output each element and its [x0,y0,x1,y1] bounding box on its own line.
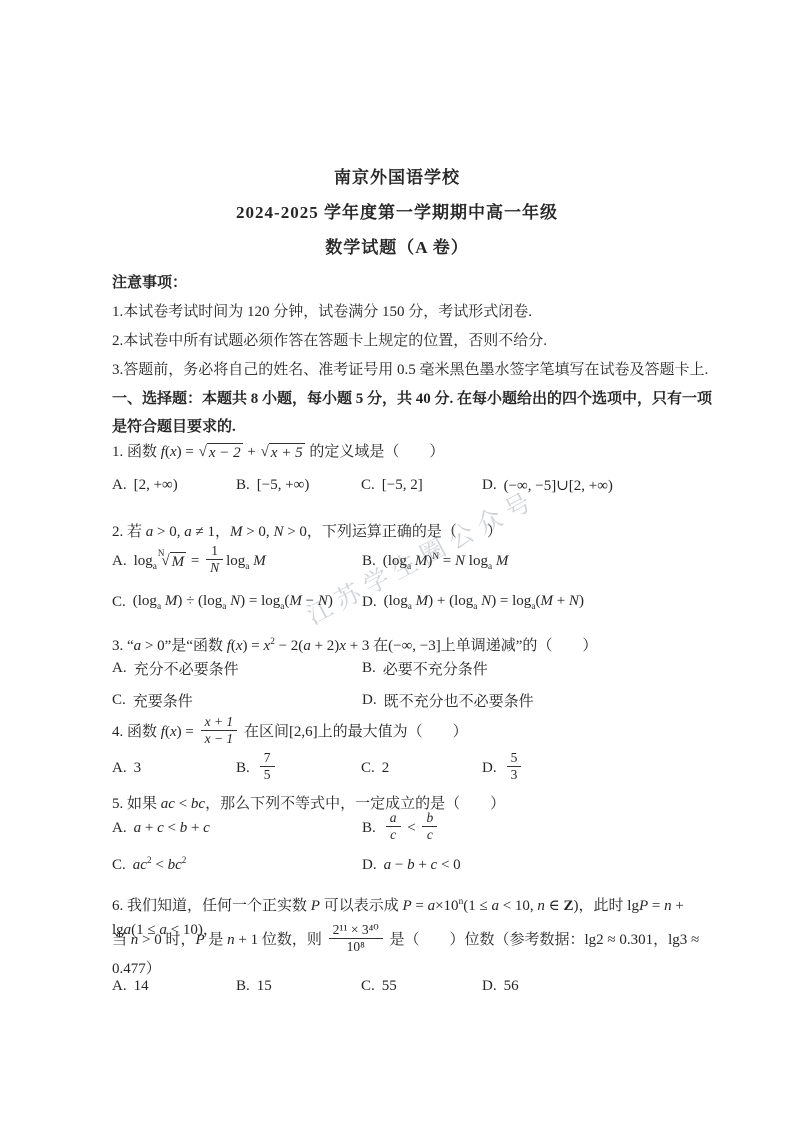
option-label: D. [482,477,497,494]
option-content: 53 [504,752,525,785]
question-1-text: 1. 函数 f(x) = √x − 2 + √x + 5 的定义域是（ ） [112,444,444,460]
option-content: [−5, 2] [382,477,423,494]
option-content: logaN√M = 1Nloga M [134,545,266,578]
q4-option-a: A.3 [112,760,236,777]
question-3-options-row-1: A.充分不必要条件 B.必要不充分条件 [112,658,712,679]
option-content: (−∞, −5]∪[2, +∞) [504,476,613,495]
option-label: B. [236,760,250,777]
question-6-stem-line-2: 当 n > 0 时，P 是 n + 1 位数，则 2¹¹ × 3⁴⁰10⁸ 是（… [112,924,712,981]
option-content: (loga M)N = N loga M [383,552,509,572]
q6-option-a: A.14 [112,978,236,995]
option-content: [−5, +∞) [257,477,310,494]
option-label: C. [361,477,375,494]
option-label: B. [362,820,376,837]
q2-option-c: C.(loga M) ÷ (loga N) = loga(M − N) [112,593,362,612]
question-5-options-row-2: C.ac2 < bc2 D.a − b + c < 0 [112,856,712,874]
question-2-options-row-2: C.(loga M) ÷ (loga N) = loga(M − N) D.(l… [112,593,712,612]
option-label: D. [362,857,377,874]
option-content: (loga M) ÷ (loga N) = loga(M − N) [133,593,333,612]
option-content: 既不充分也不必要条件 [384,690,534,711]
option-content: (loga M) + (loga N) = loga(M + N) [384,593,584,612]
question-3-text: 3. “a > 0”是“函数 f(x) = x2 − 2(a + 2)x + 3… [112,638,597,654]
option-label: A. [112,760,127,777]
option-label: C. [361,978,375,995]
paper-title: 数学试题（A 卷） [0,233,794,258]
option-label: A. [112,660,127,677]
q6-option-b: B.15 [236,978,361,995]
option-content: 充要条件 [133,690,193,711]
option-label: B. [362,553,376,570]
option-label: D. [362,594,377,611]
option-content: ac2 < bc2 [133,856,187,874]
option-content: 必要不充分条件 [383,658,488,679]
q3-option-d: D.既不充分也不必要条件 [362,690,712,711]
school-name: 南京外国语学校 [0,163,794,188]
notice-item-3: 3.答题前，务必将自己的姓名、准考证号用 0.5 毫米黑色墨水签字笔填写在试卷及… [112,358,712,382]
option-content: a − b + c < 0 [384,857,461,874]
exam-session-title: 2024-2025 学年度第一学期期中高一年级 [0,198,794,223]
option-label: A. [112,820,127,837]
option-content: ac < bc [383,812,440,845]
question-4-text: 4. 函数 f(x) = x + 1x − 1 在区间[2,6]上的最大值为（ … [112,724,468,740]
option-label: A. [112,477,127,494]
question-1-options: A.[2, +∞) B.[−5, +∞) C.[−5, 2] D.(−∞, −5… [112,476,712,495]
option-label: C. [361,760,375,777]
q1-option-a: A.[2, +∞) [112,477,236,494]
q6-option-d: D.56 [482,978,712,995]
q3-option-c: C.充要条件 [112,690,362,711]
option-label: A. [112,553,127,570]
option-label: C. [112,692,126,709]
question-6-text-2: 当 n > 0 时，P 是 n + 1 位数，则 2¹¹ × 3⁴⁰10⁸ 是（… [112,932,699,977]
option-label: B. [362,660,376,677]
q4-option-c: C.2 [361,760,482,777]
question-1-stem: 1. 函数 f(x) = √x − 2 + √x + 5 的定义域是（ ） [112,440,712,464]
option-label: C. [112,857,126,874]
q2-option-d: D.(loga M) + (loga N) = loga(M + N) [362,593,712,612]
question-6-options: A.14 B.15 C.55 D.56 [112,978,712,995]
q1-option-b: B.[−5, +∞) [236,477,361,494]
option-label: B. [236,477,250,494]
question-5-text: 5. 如果 ac < bc，那么下列不等式中，一定成立的是（ ） [112,796,505,812]
q4-option-b: B.75 [236,752,361,785]
option-label: D. [482,760,497,777]
question-3-options-row-2: C.充要条件 D.既不充分也不必要条件 [112,690,712,711]
option-label: C. [112,594,126,611]
question-4-options: A.3 B.75 C.2 D.53 [112,752,712,785]
q1-option-c: C.[−5, 2] [361,477,482,494]
q1-option-d: D.(−∞, −5]∪[2, +∞) [482,476,712,495]
question-5-options-row-1: A.a + c < b + c B.ac < bc [112,812,712,845]
section-1-heading: 一、选择题：本题共 8 小题，每小题 5 分，共 40 分. 在每小题给出的四个… [112,385,712,441]
option-content: 充分不必要条件 [134,658,239,679]
option-content: 55 [382,978,397,995]
notices-title: 注意事项： [112,271,712,295]
q5-option-d: D.a − b + c < 0 [362,857,712,874]
option-content: a + c < b + c [134,820,210,837]
option-label: D. [362,692,377,709]
notice-item-1: 1.本试卷考试时间为 120 分钟，试卷满分 150 分，考试形式闭卷. [112,300,712,324]
q5-option-b: B.ac < bc [362,812,712,845]
q4-option-d: D.53 [482,752,712,785]
option-content: 56 [504,978,519,995]
option-content: 14 [134,978,149,995]
option-label: D. [482,978,497,995]
option-content: 15 [257,978,272,995]
q5-option-c: C.ac2 < bc2 [112,856,362,874]
exam-paper-page: 江苏学生圈公众号 南京外国语学校 2024-2025 学年度第一学期期中高一年级… [0,0,794,1123]
q6-option-c: C.55 [361,978,482,995]
option-content: 3 [134,760,142,777]
question-2-text: 2. 若 a > 0, a ≠ 1，M > 0, N > 0，下列运算正确的是（… [112,524,502,540]
q3-option-a: A.充分不必要条件 [112,658,362,679]
option-label: B. [236,978,250,995]
question-3-stem: 3. “a > 0”是“函数 f(x) = x2 − 2(a + 2)x + 3… [112,630,712,658]
notice-item-2: 2.本试卷中所有试题必须作答在答题卡上规定的位置，否则不给分. [112,329,712,353]
option-content: 2 [382,760,390,777]
q3-option-b: B.必要不充分条件 [362,658,712,679]
question-2-stem: 2. 若 a > 0, a ≠ 1，M > 0, N > 0，下列运算正确的是（… [112,520,712,544]
q2-option-a: A.logaN√M = 1Nloga M [112,545,362,578]
option-label: A. [112,978,127,995]
question-4-stem: 4. 函数 f(x) = x + 1x − 1 在区间[2,6]上的最大值为（ … [112,716,712,749]
option-content: [2, +∞) [134,477,178,494]
option-content: 75 [257,752,278,785]
q5-option-a: A.a + c < b + c [112,820,362,837]
question-2-options-row-1: A.logaN√M = 1Nloga M B.(loga M)N = N log… [112,545,712,578]
q2-option-b: B.(loga M)N = N loga M [362,552,712,572]
